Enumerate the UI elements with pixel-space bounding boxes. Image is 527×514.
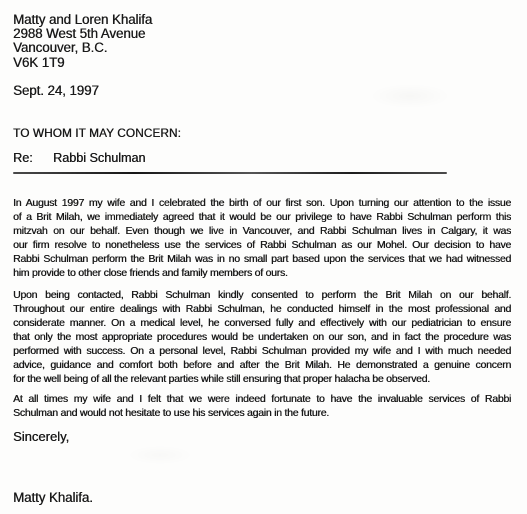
salutation: TO WHOM IT MAY CONCERN: — [13, 126, 511, 140]
body-line: performed with success. On a personal le… — [13, 345, 511, 359]
closing: Sincerely, — [13, 430, 511, 444]
body-line: Upon being contacted, Rabbi Schulman kin… — [13, 289, 511, 303]
signature-name: Matty Khalifa. — [13, 491, 511, 505]
address-line-city: Vancouver, B.C. — [13, 41, 511, 55]
body-line: Rabbi Schulman perform the Brit Milah wa… — [13, 253, 511, 267]
letter-page: Matty and Loren Khalifa 2988 West 5th Av… — [0, 0, 527, 514]
body-line: our firm resolve to nonetheless use the … — [13, 239, 511, 253]
body-line: Throughout our entire dealings with Rabb… — [13, 303, 511, 317]
body-paragraph-1: In August 1997 my wife and I celebrated … — [13, 197, 511, 280]
address-line-name: Matty and Loren Khalifa — [13, 13, 511, 27]
body-line: In August 1997 my wife and I celebrated … — [13, 197, 511, 211]
body-line: considerate manner. On a medical level, … — [13, 317, 511, 331]
body-line: for the well being of all the relevant p… — [13, 373, 511, 387]
body-line: advice, guidance and comfort both before… — [13, 359, 511, 373]
reference-label: Re: — [13, 151, 53, 165]
body-paragraph-2: Upon being contacted, Rabbi Schulman kin… — [13, 289, 511, 386]
body-line: At all times my wife and I felt that we … — [13, 393, 511, 407]
body-line: Schulman and would not hesitate to use h… — [13, 407, 511, 421]
body-line: that only the most appropriate procedure… — [13, 331, 511, 345]
address-line-street: 2988 West 5th Avenue — [13, 27, 511, 41]
body-line: mitzvah on our behalf. Even though we li… — [13, 225, 511, 239]
divider-rule — [13, 172, 447, 174]
body-paragraph-3: At all times my wife and I felt that we … — [13, 393, 511, 421]
reference-line: Re:Rabbi Schulman — [13, 151, 511, 165]
body-line: him provide to other close friends and f… — [13, 267, 511, 281]
body-line: of a Brit Milah, we immediately agreed t… — [13, 211, 511, 225]
sender-address: Matty and Loren Khalifa 2988 West 5th Av… — [13, 13, 511, 70]
letter-date: Sept. 24, 1997 — [13, 84, 511, 98]
reference-subject: Rabbi Schulman — [53, 151, 145, 165]
address-line-postal: V6K 1T9 — [13, 56, 511, 70]
